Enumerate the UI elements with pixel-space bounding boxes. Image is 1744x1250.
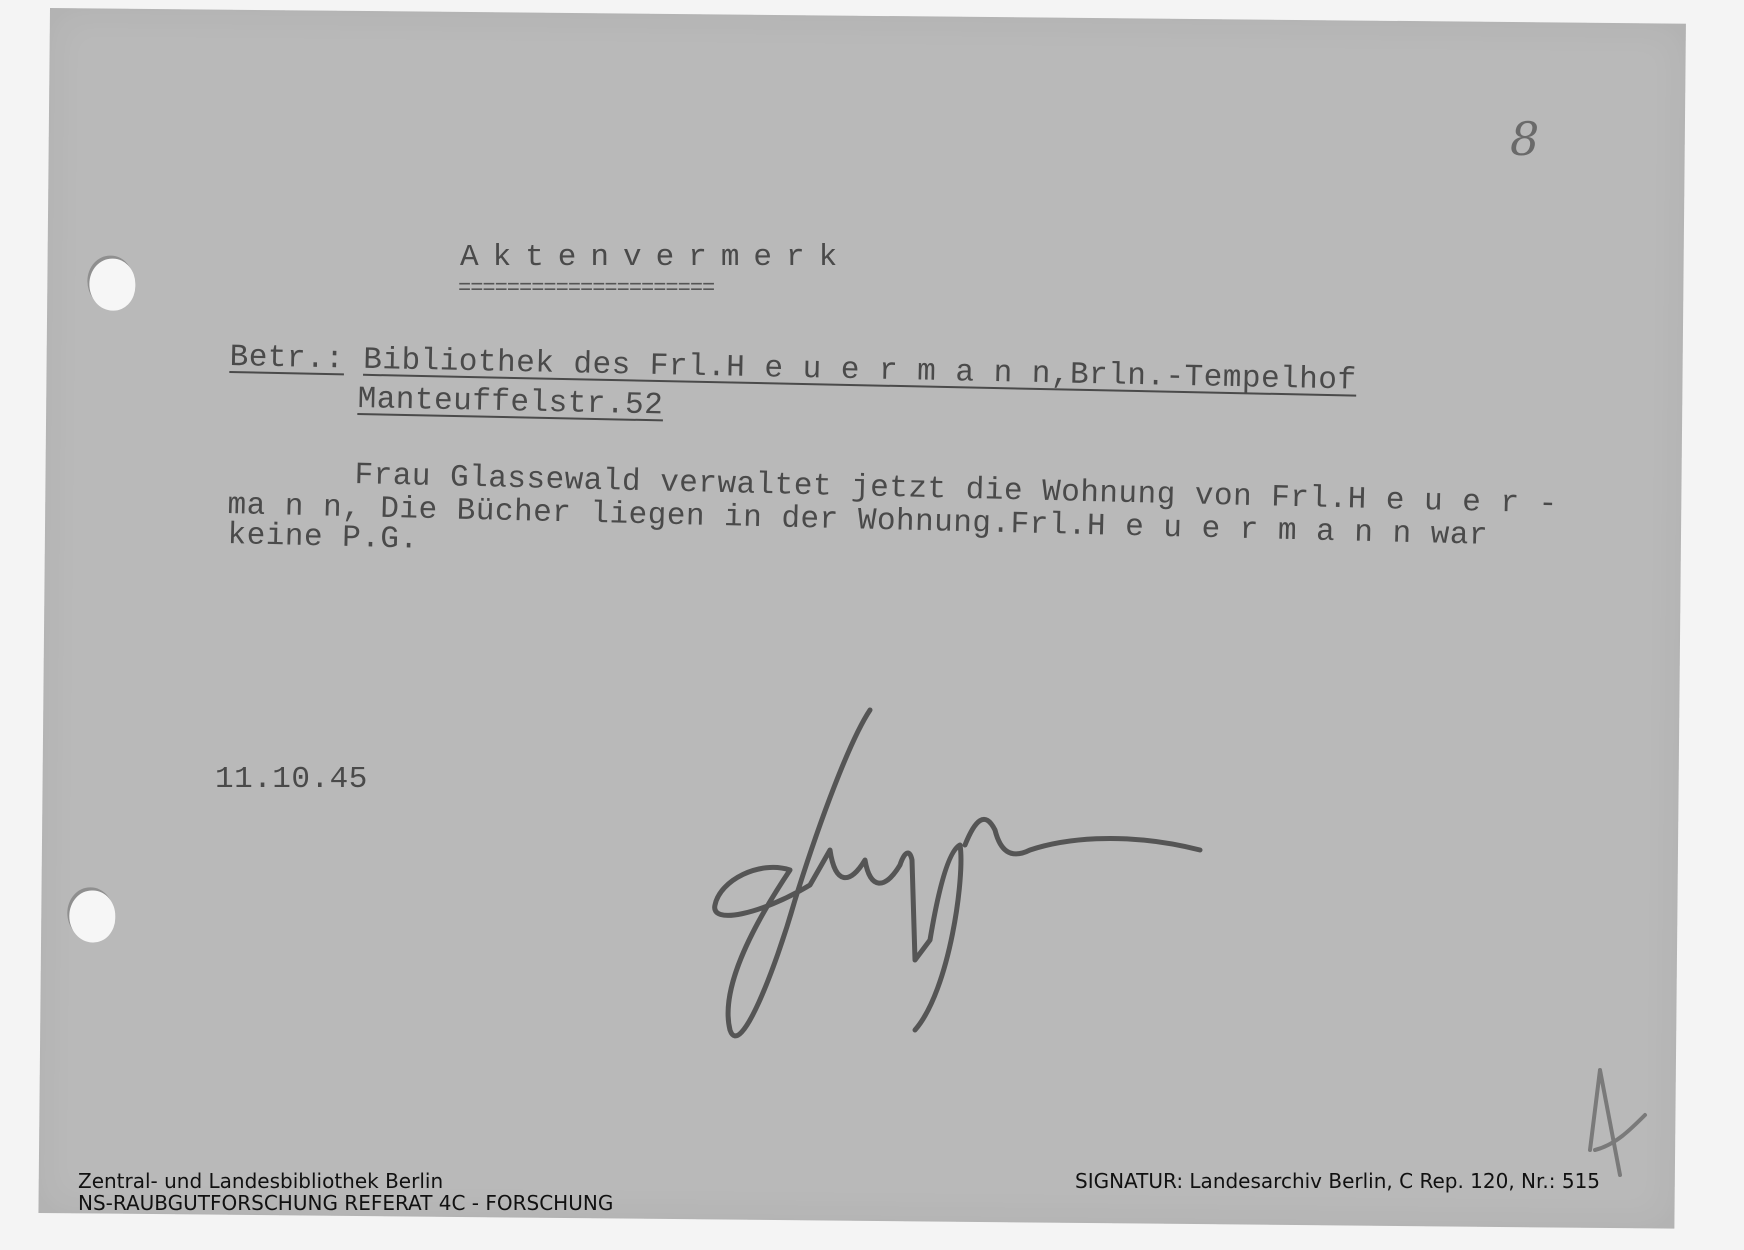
title-underline: =====================	[458, 276, 714, 301]
initial-mark-icon	[1560, 1060, 1670, 1180]
page-number: 8	[1510, 112, 1539, 166]
document-title: Aktenvermerk	[460, 240, 851, 275]
subject-label: Betr.:	[229, 340, 344, 377]
document-date: 11.10.45	[215, 762, 368, 797]
archive-signatur: SIGNATUR: Landesarchiv Berlin, C Rep. 12…	[1075, 1170, 1600, 1192]
signature-icon	[700, 700, 1220, 1060]
punch-hole-bottom	[69, 890, 115, 942]
department-name: NS-RAUBGUTFORSCHUNG REFERAT 4C - FORSCHU…	[78, 1192, 613, 1214]
institution-name: Zentral- und Landesbibliothek Berlin	[78, 1170, 613, 1192]
subject-address: Manteuffelstr.52	[357, 382, 663, 423]
punch-hole-top	[89, 258, 135, 310]
archive-footer-left: Zentral- und Landesbibliothek Berlin NS-…	[78, 1170, 613, 1214]
body-line: keine P.G.	[227, 518, 419, 558]
